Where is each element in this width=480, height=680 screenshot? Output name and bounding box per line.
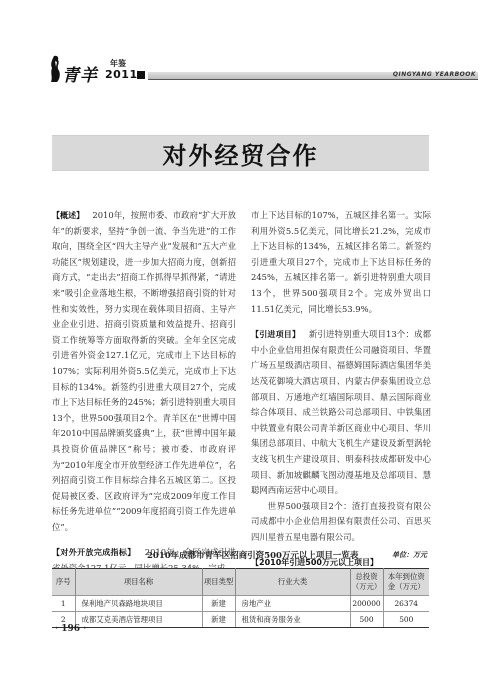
right-column: 市上下达目标的107%，五城区排名第一。实际利用外资5.5亿美元，同比增长21.…	[251, 208, 431, 571]
projects-text: 新引进特别重大项目13个：成都中小企业信用担保有限责任公司融资项目、华置广场五星…	[251, 329, 431, 495]
projects-table: 序号 项目名称 项目类型 行业大类 总投资（万元） 本年到位资金（万元） 1 保…	[52, 568, 429, 628]
running-header: 青羊 年鉴 2011 QINGYANG YEARBOOK	[48, 55, 432, 85]
table-header-row: 序号 项目名称 项目类型 行业大类 总投资（万元） 本年到位资金（万元）	[52, 569, 429, 596]
cell-current: 26374	[383, 596, 429, 612]
table-caption: 2010年成都市青羊区招商引资500万元以上项目一览表	[147, 549, 358, 561]
table-unit: 单位：万元	[392, 550, 427, 560]
overview-text: 2010年，按照市委、市政府“扩大开放年”的新要求，坚持“争创一流、争当先进”的…	[52, 210, 236, 532]
left-column: 【概述】 2010年，按照市委、市政府“扩大开放年”的新要求，坚持“争创一流、争…	[52, 208, 236, 577]
projects-heading: 【引进项目】	[251, 330, 300, 339]
logo-figure-icon	[48, 55, 62, 83]
cell-type: 新建	[202, 596, 235, 612]
square-marker-icon	[137, 71, 145, 79]
column-header-name: 项目名称	[75, 569, 202, 596]
cell-name: 成都艾克美酒店管理项目	[75, 612, 202, 628]
cell-total: 500	[350, 612, 383, 628]
cell-name: 保利地产贝森路地块项目	[75, 596, 202, 612]
cell-industry: 房地产业	[235, 596, 350, 612]
projects-paragraph: 【引进项目】 新引进特别重大项目13个：成都中小企业信用担保有限责任公司融资项目…	[251, 327, 431, 499]
overview-paragraph: 【概述】 2010年，按照市委、市政府“扩大开放年”的新要求，坚持“争创一流、争…	[52, 208, 236, 535]
section-title-banner: 对外经贸合作	[52, 135, 429, 171]
column-header-no: 序号	[52, 569, 75, 596]
column-header-current-funds: 本年到位资金（万元）	[383, 569, 429, 596]
column-header-total-investment: 总投资（万元）	[350, 569, 383, 596]
indicators-heading: 【对外开放完成指标】	[52, 548, 136, 557]
cell-industry: 租赁和商务服务业	[235, 612, 350, 628]
cell-total: 200000	[350, 596, 383, 612]
table-row: 2 成都艾克美酒店管理项目 新建 租赁和商务服务业 500 500	[52, 612, 429, 628]
page-title: 对外经贸合作	[163, 136, 319, 171]
cell-type: 新建	[202, 612, 235, 628]
indicators-continued: 市上下达目标的107%，五城区排名第一。实际利用外资5.5亿美元，同比增长21.…	[251, 208, 431, 317]
overview-heading: 【概述】	[52, 211, 84, 220]
cell-no: 1	[52, 596, 75, 612]
page-number: · 196 ·	[55, 624, 86, 634]
logo-year: 2011	[105, 68, 138, 81]
column-header-industry: 行业大类	[235, 569, 350, 596]
logo-text: 青羊	[62, 61, 98, 86]
column-header-type: 项目类型	[202, 569, 235, 596]
fortune500-paragraph: 世界500强项目2个：渣打直接投资有限公司成都中小企业信用担保有限责任公司、百思…	[251, 499, 431, 546]
header-english-title: QINGYANG YEARBOOK	[393, 71, 476, 78]
table-row: 1 保利地产贝森路地块项目 新建 房地产业 200000 26374	[52, 596, 429, 612]
header-bar: QINGYANG YEARBOOK	[148, 72, 478, 80]
cell-current: 500	[383, 612, 429, 628]
